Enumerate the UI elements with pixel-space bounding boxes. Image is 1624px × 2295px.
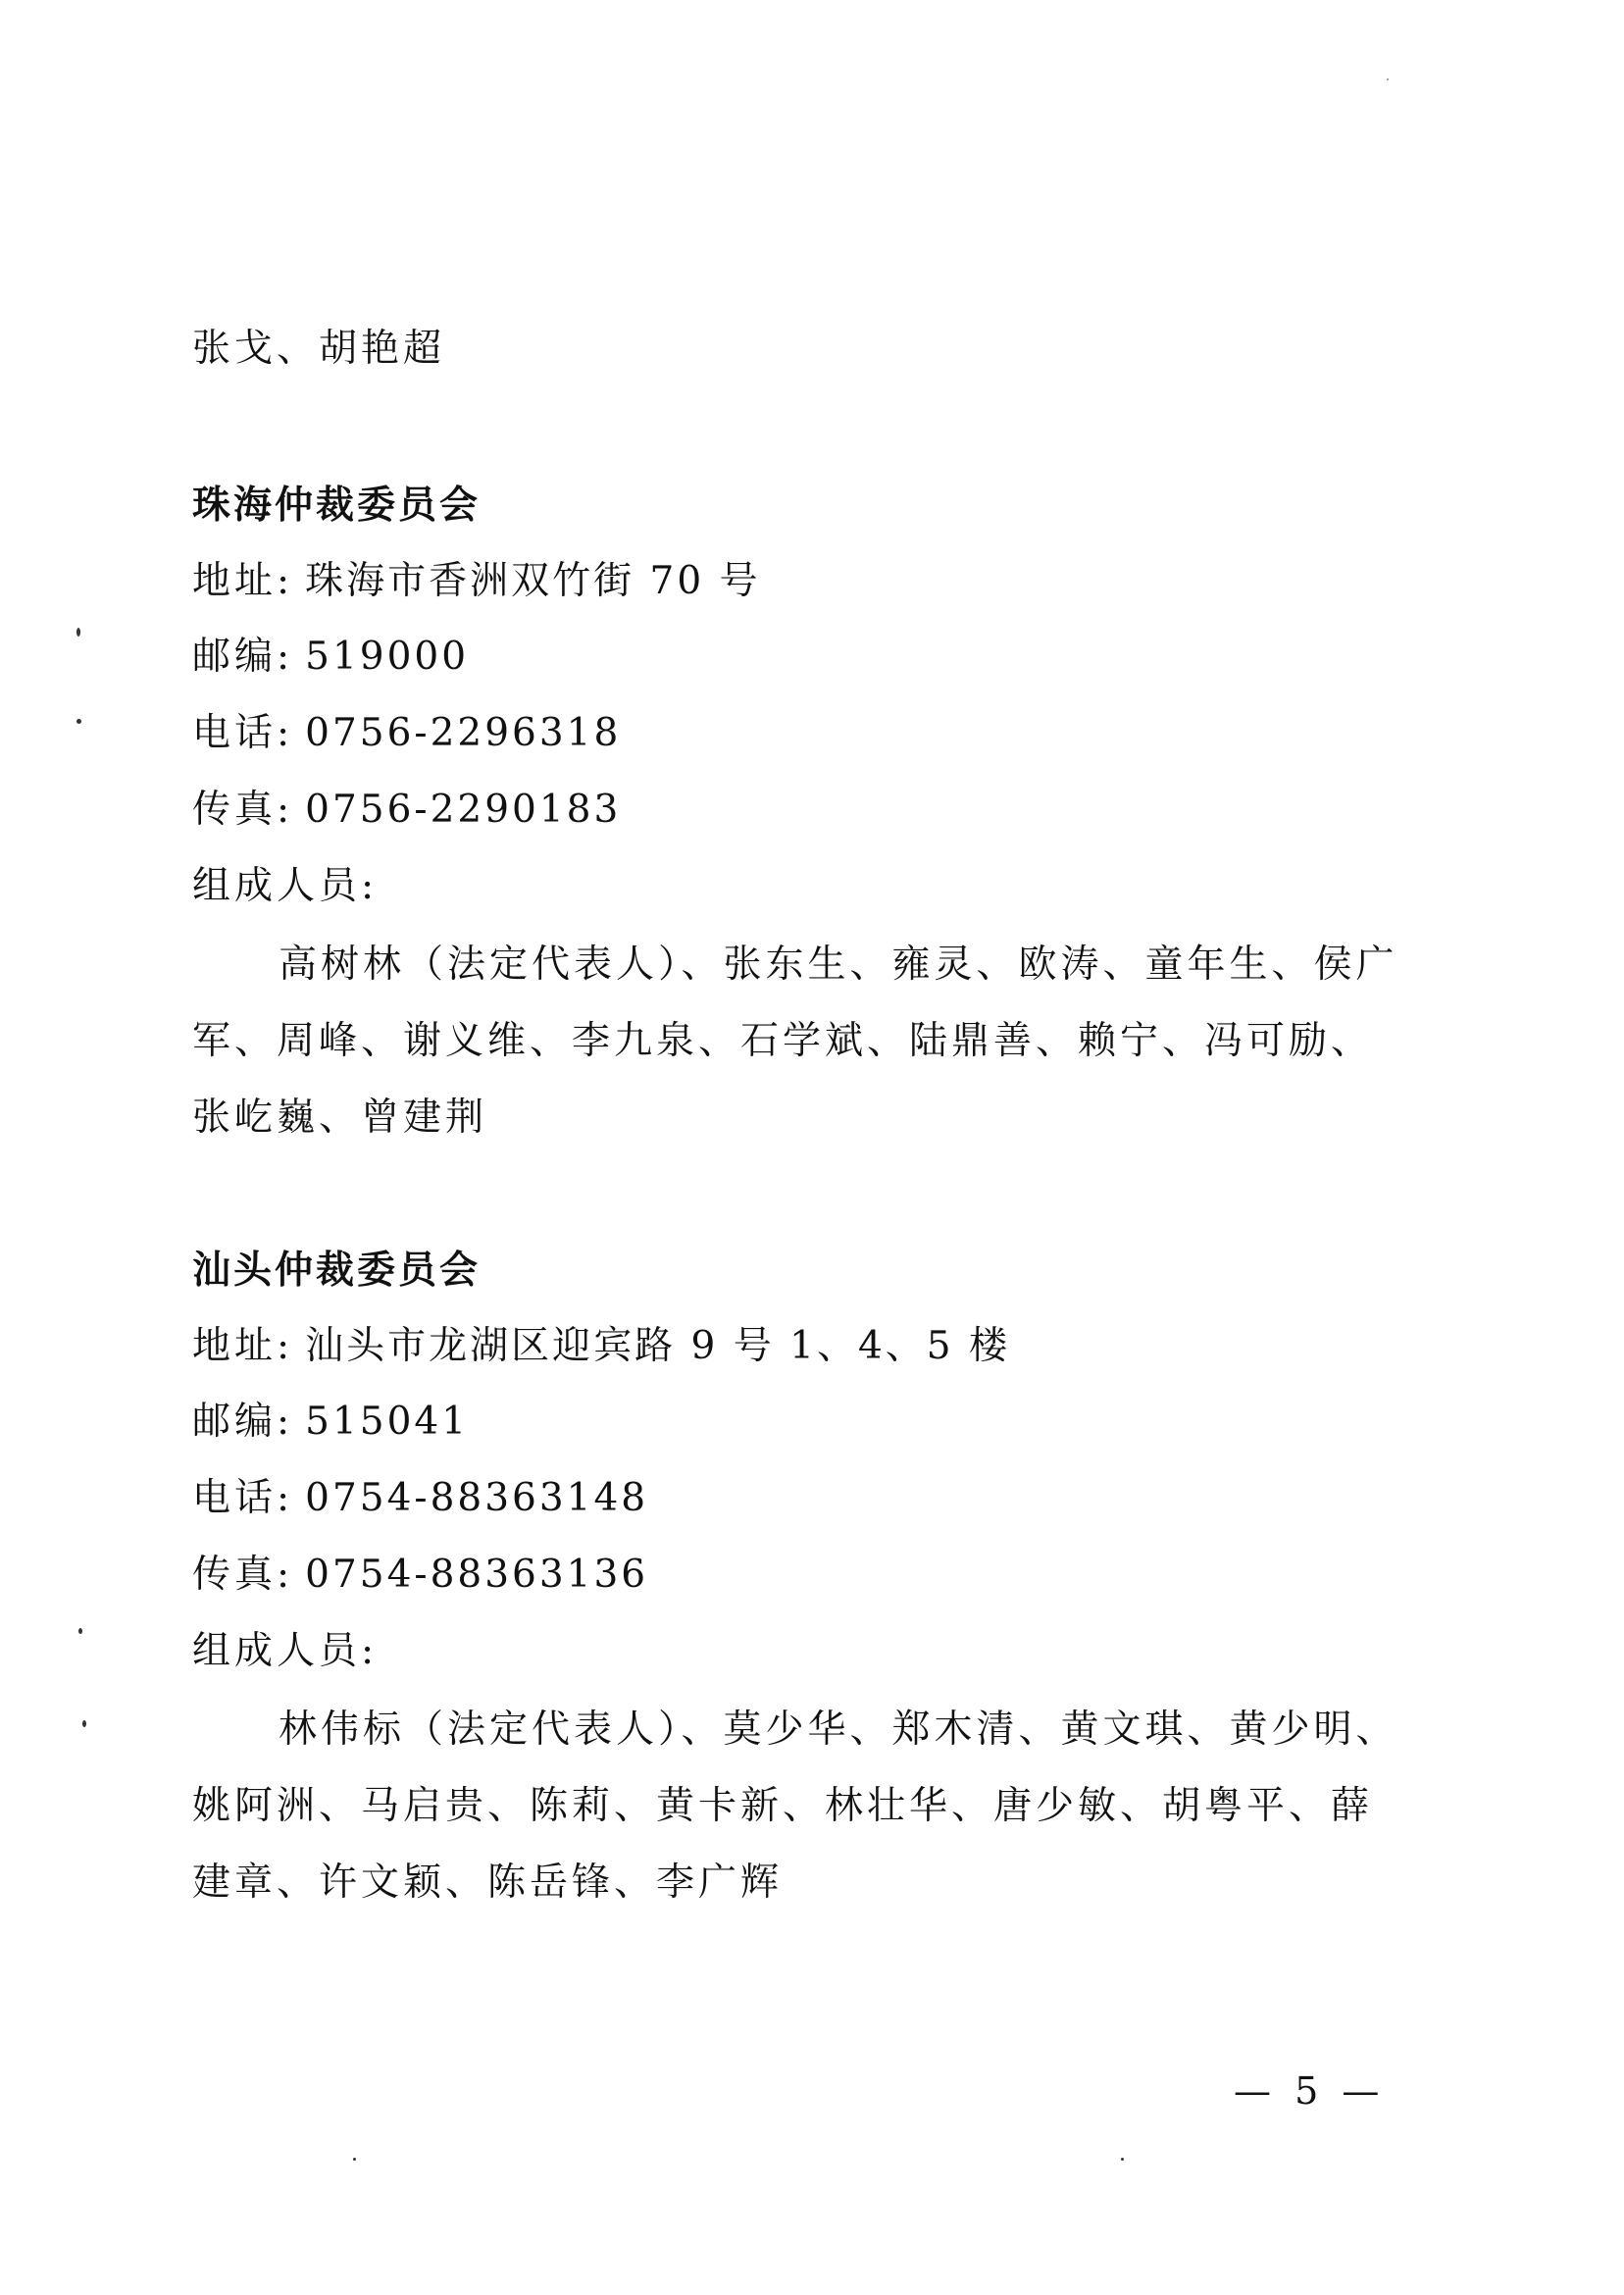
continued-members-line: 张戈、胡艳超 xyxy=(192,326,445,373)
fax-value: 0754-88363136 xyxy=(305,1553,648,1597)
postcode-row: 邮编:515041 xyxy=(192,1399,469,1446)
fax-label: 传真: xyxy=(192,1553,293,1597)
document-page: 张戈、胡艳超 珠海仲裁委员会 地址:珠海市香洲双竹街 70 号 邮编:51900… xyxy=(0,0,1624,2295)
scan-speck xyxy=(76,719,81,724)
members-label: 组成人员: xyxy=(192,1628,378,1675)
phone-row: 电话:0756-2296318 xyxy=(192,710,621,757)
address-row: 地址:珠海市香洲双竹街 70 号 xyxy=(192,558,761,605)
fax-row: 传真:0756-2290183 xyxy=(192,787,621,834)
scan-speck xyxy=(78,1628,82,1634)
section-heading: 汕头仲裁委员会 xyxy=(192,1247,481,1294)
postcode-label: 邮编: xyxy=(192,635,293,679)
address-label: 地址: xyxy=(192,1324,293,1368)
scan-speck xyxy=(76,628,80,637)
members-line: 军、周峰、谢义维、李九泉、石学斌、陆鼎善、赖宁、冯可励、 xyxy=(192,1018,1373,1065)
members-line: 建章、许文颖、陈岳锋、李广辉 xyxy=(192,1860,783,1907)
members-line: 姚阿洲、马启贵、陈莉、黄卡新、林壮华、唐少敏、胡粤平、薛 xyxy=(192,1783,1373,1830)
members-line: 林伟标（法定代表人）、莫少华、郑木清、黄文琪、黄少明、 xyxy=(279,1707,1398,1754)
fax-value: 0756-2290183 xyxy=(305,788,621,832)
address-label: 地址: xyxy=(192,559,293,603)
members-line: 张屹巍、曾建荆 xyxy=(192,1095,487,1142)
scan-speck xyxy=(1121,2158,1124,2161)
address-value: 珠海市香洲双竹街 70 号 xyxy=(305,559,760,603)
postcode-label: 邮编: xyxy=(192,1400,293,1444)
postcode-row: 邮编:519000 xyxy=(192,634,469,681)
scan-speck xyxy=(82,1720,86,1727)
section-heading: 珠海仲裁委员会 xyxy=(192,482,481,529)
page-number: — 5 — xyxy=(1234,2067,1385,2115)
phone-value: 0756-2296318 xyxy=(305,711,621,755)
scan-speck xyxy=(1387,78,1389,80)
phone-row: 电话:0754-88363148 xyxy=(192,1475,648,1522)
phone-label: 电话: xyxy=(192,711,293,755)
fax-row: 传真:0754-88363136 xyxy=(192,1552,648,1599)
scan-speck xyxy=(353,2158,356,2161)
address-value: 汕头市龙湖区迎宾路 9 号 1、4、5 楼 xyxy=(305,1324,1010,1368)
phone-label: 电话: xyxy=(192,1476,293,1520)
phone-value: 0754-88363148 xyxy=(305,1476,648,1520)
fax-label: 传真: xyxy=(192,788,293,832)
members-label: 组成人员: xyxy=(192,863,378,910)
address-row: 地址:汕头市龙湖区迎宾路 9 号 1、4、5 楼 xyxy=(192,1323,1010,1370)
members-line: 高树林（法定代表人）、张东生、雍灵、欧涛、童年生、侯广 xyxy=(279,942,1398,989)
postcode-value: 519000 xyxy=(305,635,469,679)
postcode-value: 515041 xyxy=(305,1400,469,1444)
